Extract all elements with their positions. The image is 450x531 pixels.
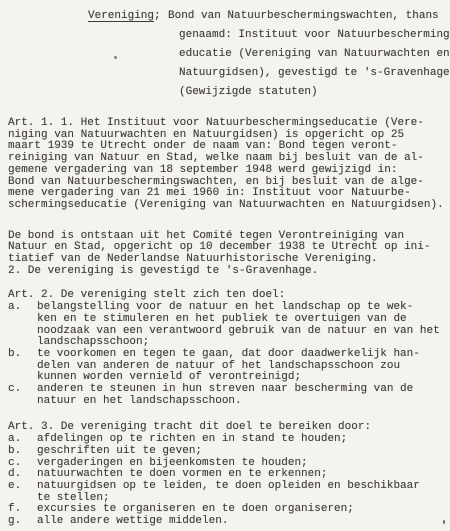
scan-artifact-mark [443, 520, 445, 524]
article-3-item-e: e. natuurgidsen op te leiden, te doen op… [8, 481, 450, 504]
header-line-2: genaamd: Instituut voor Natuurbeschermin… [168, 26, 450, 45]
article-2: Art. 2. De vereniging stelt zich ten doe… [8, 290, 450, 407]
article-1-paragraph-1: Art. 1. 1. Het Instituut voor Natuurbesc… [8, 118, 450, 212]
header-line-3: educatie (Vereniging van Natuurwachten e… [168, 45, 450, 64]
article-2-item-c: c. anderen te steunen in hun streven naa… [8, 384, 450, 407]
item-letter: c. [8, 384, 37, 396]
article-3-item-b: b. geschriften uit te geven; [8, 446, 450, 458]
header-label-word: Vereniging [88, 10, 154, 22]
header-lines: Bond van Natuurbeschermingswachten, than… [168, 7, 450, 102]
item-letter: b. [8, 349, 37, 361]
header-label: Vereniging; [88, 7, 161, 26]
header-label-punct: ; [154, 10, 161, 22]
item-text: te voorkomen en tegen te gaan, dat door … [37, 349, 420, 384]
item-letter: g. [8, 516, 37, 528]
header-line-5: (Gewijzigde statuten) [168, 83, 450, 102]
item-letter: a. [8, 302, 37, 314]
item-letter: e. [8, 481, 37, 493]
article-2-item-b: b. te voorkomen en tegen te gaan, dat do… [8, 349, 450, 384]
item-text: geschriften uit te geven; [37, 446, 202, 458]
document-header: Vereniging; Bond van Natuurbeschermingsw… [8, 0, 450, 102]
item-letter: b. [8, 446, 37, 458]
article-1-paragraph-2: De bond is ontstaan uit het Comité tegen… [8, 231, 450, 278]
header-line-1: Bond van Natuurbeschermingswachten, than… [168, 7, 450, 26]
header-line-4: Natuurgidsen), gevestigd te 's-Gravenhag… [168, 64, 450, 83]
item-text: natuurgidsen op te leiden, te doen oplei… [37, 481, 420, 504]
article-3: Art. 3. De vereniging tracht dit doel te… [8, 422, 450, 527]
article-2-item-a: a. belangstelling voor de natuur en het … [8, 302, 450, 349]
item-text: alle andere wettige middelen. [37, 516, 228, 528]
document-page: Vereniging; Bond van Natuurbeschermingsw… [0, 0, 450, 531]
article-3-item-g: g. alle andere wettige middelen. [8, 516, 450, 528]
item-text: anderen te steunen in hun streven naar b… [37, 384, 413, 407]
item-text: belangstelling voor de natuur en het lan… [37, 302, 440, 349]
